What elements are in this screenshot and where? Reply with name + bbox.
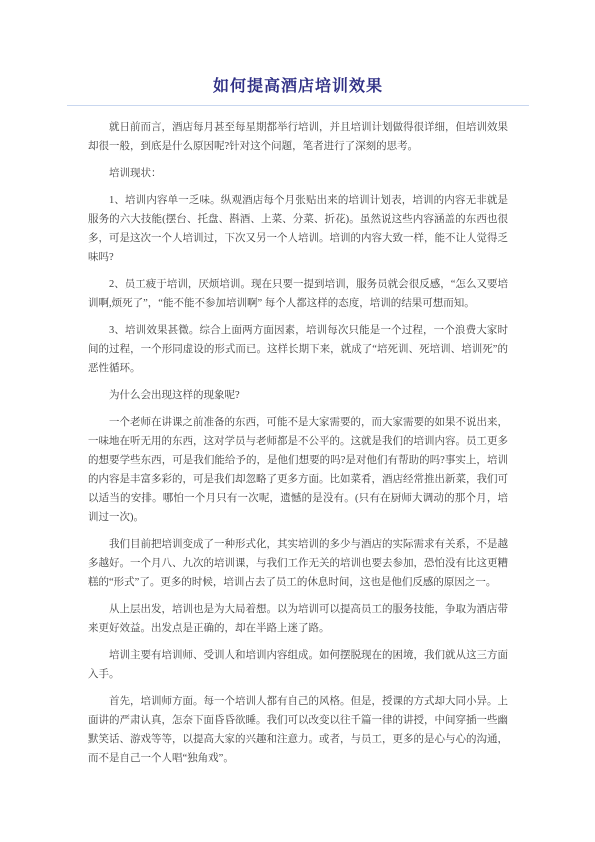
paragraph: 1、培训内容单一乏味。纵观酒店每个月张贴出来的培训计划表，培训的内容无非就是服务… xyxy=(88,191,508,267)
title-divider xyxy=(67,105,529,106)
paragraph: 2、员工疲于培训，厌烦培训。现在只要一提到培训，服务员就会很反感，“怎么又要培训… xyxy=(88,275,508,313)
page-title: 如何提高酒店培训效果 xyxy=(88,76,508,97)
document-page: 如何提高酒店培训效果 就日前而言，酒店每月甚至每星期都举行培训，并且培训计划做得… xyxy=(0,0,595,842)
paragraph: 就日前而言，酒店每月甚至每星期都举行培训，并且培训计划做得很详细，但培训效果却很… xyxy=(88,118,508,156)
paragraph: 培训现状： xyxy=(88,164,508,183)
paragraph: 从上层出发，培训也是为大局着想。以为培训可以提高员工的服务技能，争取为酒店带来更… xyxy=(88,600,508,638)
paragraph: 一个老师在讲课之前准备的东西，可能不是大家需要的，而大家需要的如果不说出来，一味… xyxy=(88,413,508,527)
paragraph: 我们目前把培训变成了一种形式化，其实培训的多少与酒店的实际需求有关系，不是越多越… xyxy=(88,535,508,592)
paragraph: 3、培训效果甚微。综合上面两方面因素，培训每次只能是一个过程，一个浪费大家时间的… xyxy=(88,321,508,378)
document-body: 就日前而言，酒店每月甚至每星期都举行培训，并且培训计划做得很详细，但培训效果却很… xyxy=(88,118,508,768)
paragraph: 培训主要有培训师、受训人和培训内容组成。如何摆脱现在的困境，我们就从这三方面入手… xyxy=(88,646,508,684)
paragraph: 为什么会出现这样的现象呢? xyxy=(88,386,508,405)
paragraph: 首先，培训师方面。每一个培训人都有自己的风格。但是，授课的方式却大同小异。上面讲… xyxy=(88,692,508,768)
